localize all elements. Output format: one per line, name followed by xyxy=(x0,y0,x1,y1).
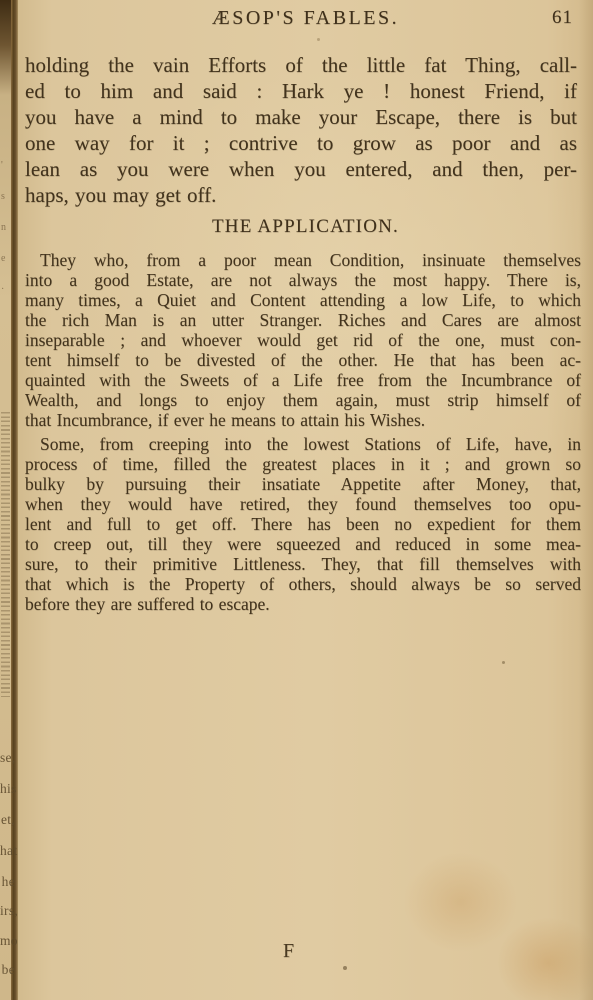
text-line: inseparable ; and whoever would get rid … xyxy=(25,330,581,350)
text-line: tent himself to be divested of the other… xyxy=(25,350,581,370)
page: ÆSOP'S FABLES. 61 holding the vain Effor… xyxy=(18,0,593,1000)
text-line: the rich Man is an utter Stranger. Riche… xyxy=(25,310,581,330)
edge-mark: s xyxy=(1,191,11,202)
running-title: ÆSOP'S FABLES. xyxy=(18,7,593,30)
edge-mark: ' xyxy=(1,160,11,171)
book-page-scan: ' s n e · se, his et, hat he irs, mo be … xyxy=(0,0,593,1000)
text-line: that Incumbrance, if ever he means to at… xyxy=(25,410,581,430)
text-line: you have a mind to make your Escape, the… xyxy=(25,104,577,130)
signature-mark: F xyxy=(283,940,294,963)
gutter-text-fragment: et, xyxy=(0,812,15,828)
edge-mark: e xyxy=(1,253,11,264)
text-line: one way for it ; contrive to grow as poo… xyxy=(25,130,577,156)
text-line: Wealth, and longs to enjoy them again, m… xyxy=(25,390,581,410)
text-line: process of time, filled the greatest pla… xyxy=(25,454,581,474)
edge-mark: n xyxy=(1,222,11,233)
application-paragraph-2: Some, from creeping into the lowest Stat… xyxy=(25,434,581,614)
text-line: They who, from a poor mean Condition, in… xyxy=(25,250,581,270)
application-paragraph-1: They who, from a poor mean Condition, in… xyxy=(25,250,581,430)
text-line: before they are suffered to escape. xyxy=(25,594,581,614)
gutter-text-fragment: he xyxy=(0,874,15,890)
page-number: 61 xyxy=(552,7,573,29)
text-line: that which is the Property of others, sh… xyxy=(25,574,581,594)
edge-mark: · xyxy=(1,284,11,295)
text-line: sure, to their primitive Littleness. The… xyxy=(25,554,581,574)
text-line: many times, a Quiet and Content attendin… xyxy=(25,290,581,310)
gutter-text-fragment: be xyxy=(0,962,15,978)
text-line: holding the vain Efforts of the little f… xyxy=(25,52,577,78)
page-right-edge-shadow xyxy=(579,0,593,1000)
text-line: bulky by pursuing their insatiate Appeti… xyxy=(25,474,581,494)
opening-paragraph: holding the vain Efforts of the little f… xyxy=(25,52,577,208)
gutter-text-fragment: irs, xyxy=(0,903,15,919)
text-line: quainted with the Sweets of a Life free … xyxy=(25,370,581,390)
application-heading: THE APPLICATION. xyxy=(18,216,593,238)
text-line: lent and full to get off. There has been… xyxy=(25,514,581,534)
gutter-text-fragment: his xyxy=(0,781,15,797)
text-line: into a good Estate, are not always the m… xyxy=(25,270,581,290)
text-line: when they would have retired, they found… xyxy=(25,494,581,514)
text-line: to creep out, till they were squeezed an… xyxy=(25,534,581,554)
gutter-text-fragment: hat xyxy=(0,843,15,859)
gutter-showthrough xyxy=(1,412,10,697)
gutter-text-fragment: se, xyxy=(0,750,15,766)
text-line: haps, you may get off. xyxy=(25,182,577,208)
text-line: lean as you were when you entered, and t… xyxy=(25,156,577,182)
gutter-text-fragment: mo xyxy=(0,933,15,949)
text-line: ed to him and said : Hark ye ! honest Fr… xyxy=(25,78,577,104)
text-line: Some, from creeping into the lowest Stat… xyxy=(25,434,581,454)
